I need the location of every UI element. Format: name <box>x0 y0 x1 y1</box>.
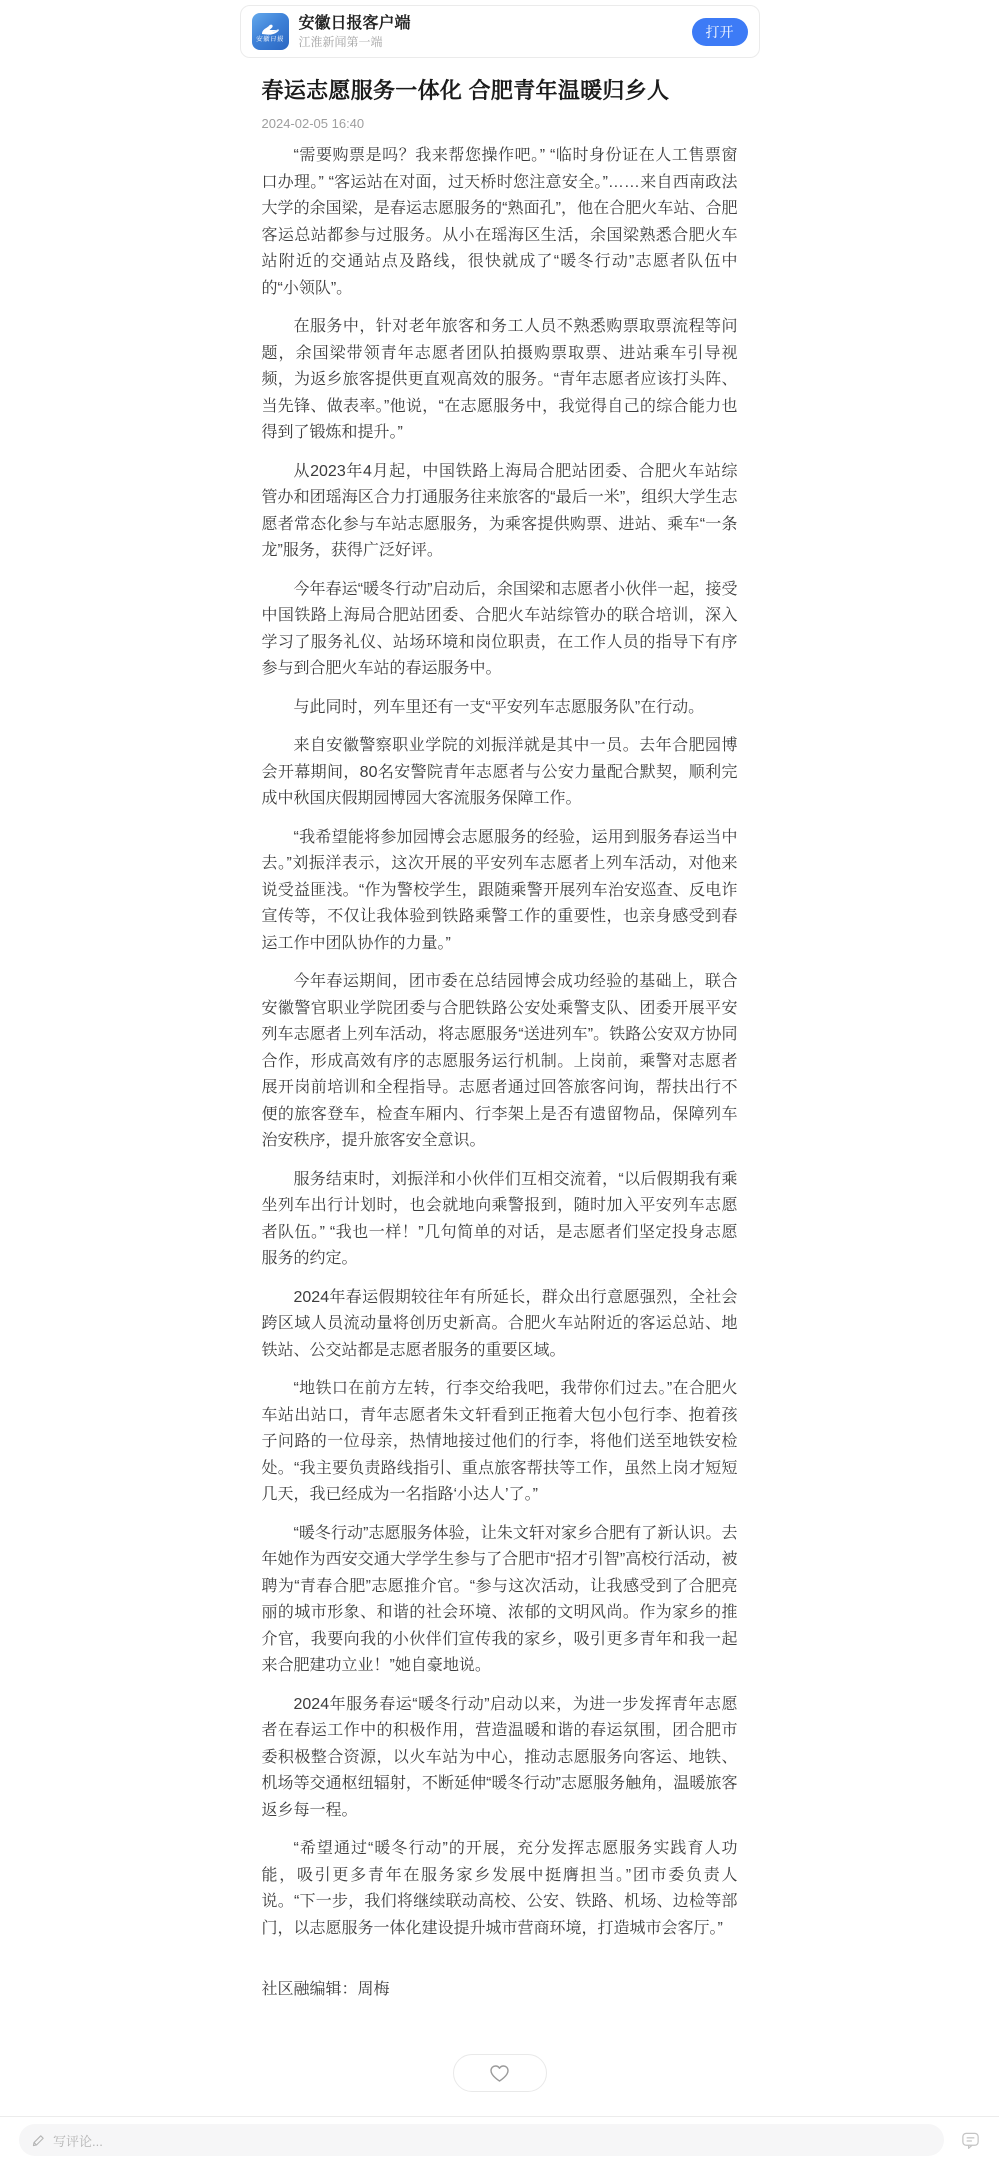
article-paragraph: 从2023年4月起，中国铁路上海局合肥站团委、合肥火车站综管办和团瑶海区合力打通… <box>262 459 738 565</box>
editor-note: 社区融编辑：周梅 <box>262 1978 738 2002</box>
heart-icon <box>489 2064 510 2083</box>
article-title: 春运志愿服务一体化 合肥青年温暖归乡人 <box>262 76 738 106</box>
article-paragraph: 今年春运期间，团市委在总结园博会成功经验的基础上，联合安徽警官职业学院团委与合肥… <box>262 969 738 1155</box>
article-page: 安徽日报 安徽日报客户端 江淮新闻第一端 打开 春运志愿服务一体化 合肥青年温暖… <box>0 0 999 2163</box>
app-name: 安徽日报客户端 <box>299 14 411 33</box>
article-paragraph: 今年春运“暖冬行动”启动后，余国梁和志愿者小伙伴一起，接受中国铁路上海局合肥站团… <box>262 577 738 683</box>
app-logo-icon: 安徽日报 <box>252 13 289 50</box>
swan-logo-icon <box>260 21 281 36</box>
article-paragraph: 2024年春运假期较往年有所延长，群众出行意愿强烈，全社会跨区域人员流动量将创历… <box>262 1285 738 1365</box>
article-paragraph: “暖冬行动”志愿服务体验，让朱文轩对家乡合肥有了新认识。去年她作为西安交通大学学… <box>262 1521 738 1680</box>
article-paragraph: 2024年服务春运“暖冬行动”启动以来，为进一步发挥青年志愿者在春运工作中的积极… <box>262 1692 738 1825</box>
article-paragraph: 在服务中，针对老年旅客和务工人员不熟悉购票取票流程等问题，余国梁带领青年志愿者团… <box>262 314 738 447</box>
article: 春运志愿服务一体化 合肥青年温暖归乡人 2024-02-05 16:40 “需要… <box>262 76 738 2002</box>
app-download-banner: 安徽日报 安徽日报客户端 江淮新闻第一端 打开 <box>240 5 760 58</box>
article-paragraph: “地铁口在前方左转，行李交给我吧，我带你们过去。”在合肥火车站出站口，青年志愿者… <box>262 1376 738 1509</box>
comment-input[interactable]: 写评论... <box>19 2124 944 2156</box>
app-icon-label: 安徽日报 <box>256 36 285 44</box>
comment-bubble-button[interactable] <box>960 2130 981 2151</box>
like-button[interactable] <box>453 2054 547 2092</box>
open-app-button[interactable]: 打开 <box>692 18 748 46</box>
article-paragraph: 与此同时，列车里还有一支“平安列车志愿服务队”在行动。 <box>262 695 738 722</box>
article-paragraph: “需要购票是吗？我来帮您操作吧。” “临时身份证在人工售票窗口办理。” “客运站… <box>262 143 738 302</box>
app-tagline: 江淮新闻第一端 <box>299 35 411 50</box>
article-paragraph: “希望通过“暖冬行动”的开展，充分发挥志愿服务实践育人功能，吸引更多青年在服务家… <box>262 1836 738 1942</box>
like-row <box>0 2054 999 2092</box>
article-paragraph: 服务结束时，刘振洋和小伙伴们互相交流着，“以后假期我有乘坐列车出行计划时，也会就… <box>262 1167 738 1273</box>
comment-bar: 写评论... <box>0 2116 999 2163</box>
comment-placeholder: 写评论... <box>53 2131 103 2150</box>
article-body: “需要购票是吗？我来帮您操作吧。” “临时身份证在人工售票窗口办理。” “客运站… <box>262 143 738 1942</box>
pen-icon <box>31 2133 46 2148</box>
app-meta: 安徽日报客户端 江淮新闻第一端 <box>299 14 411 50</box>
comment-bubble-icon <box>960 2130 981 2151</box>
article-paragraph: “我希望能将参加园博会志愿服务的经验，运用到服务春运当中去。”刘振洋表示，这次开… <box>262 825 738 958</box>
article-paragraph: 来自安徽警察职业学院的刘振洋就是其中一员。去年合肥园博会开幕期间，80名安警院青… <box>262 733 738 813</box>
publish-time: 2024-02-05 16:40 <box>262 116 738 131</box>
